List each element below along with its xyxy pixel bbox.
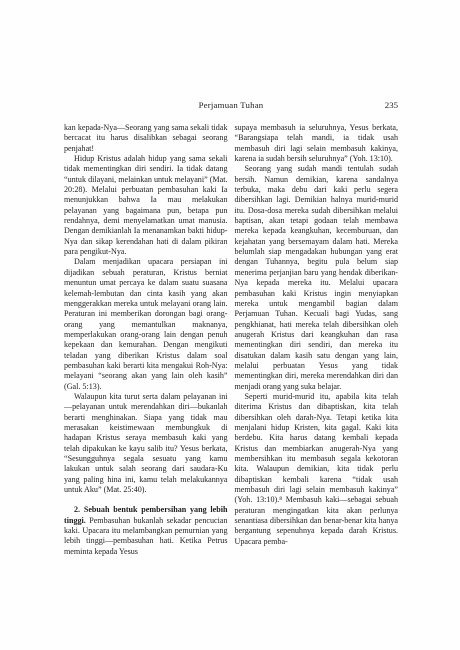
left-column: kan kepada-Nya—Seorang yang sama sekali … xyxy=(64,123,228,557)
paragraph: Dalam menjadikan upacara persiapan ini d… xyxy=(64,257,228,391)
running-title: Perjamuan Tuhan xyxy=(64,100,398,111)
right-column: supaya membasuh ia seluruhnya, Yesus ber… xyxy=(235,123,399,557)
paragraph: supaya membasuh ia seluruhnya, Yesus ber… xyxy=(235,123,399,164)
section-heading: 2. Sebuah bentuk pembersihan yang lebih … xyxy=(64,505,228,524)
page-number: 235 xyxy=(385,100,398,111)
paragraph: Seperti murid-murid itu, apabila kita te… xyxy=(235,392,399,547)
text-columns: kan kepada-Nya—Seorang yang sama sekali … xyxy=(64,123,398,557)
paragraph: Walaupun kita turut serta dalam pelayana… xyxy=(64,392,228,495)
page-header: Perjamuan Tuhan 235 xyxy=(64,100,398,114)
paragraph: Seorang yang sudah mandi tentulah sudah … xyxy=(235,164,399,392)
book-page: Perjamuan Tuhan 235 kan kepada-Nya—Seora… xyxy=(0,0,460,650)
paragraph: 2. Sebuah bentuk pembersihan yang lebih … xyxy=(64,505,228,557)
paragraph: kan kepada-Nya—Seorang yang sama sekali … xyxy=(64,123,228,154)
paragraph: Hidup Kristus adalah hidup yang sama sek… xyxy=(64,154,228,257)
